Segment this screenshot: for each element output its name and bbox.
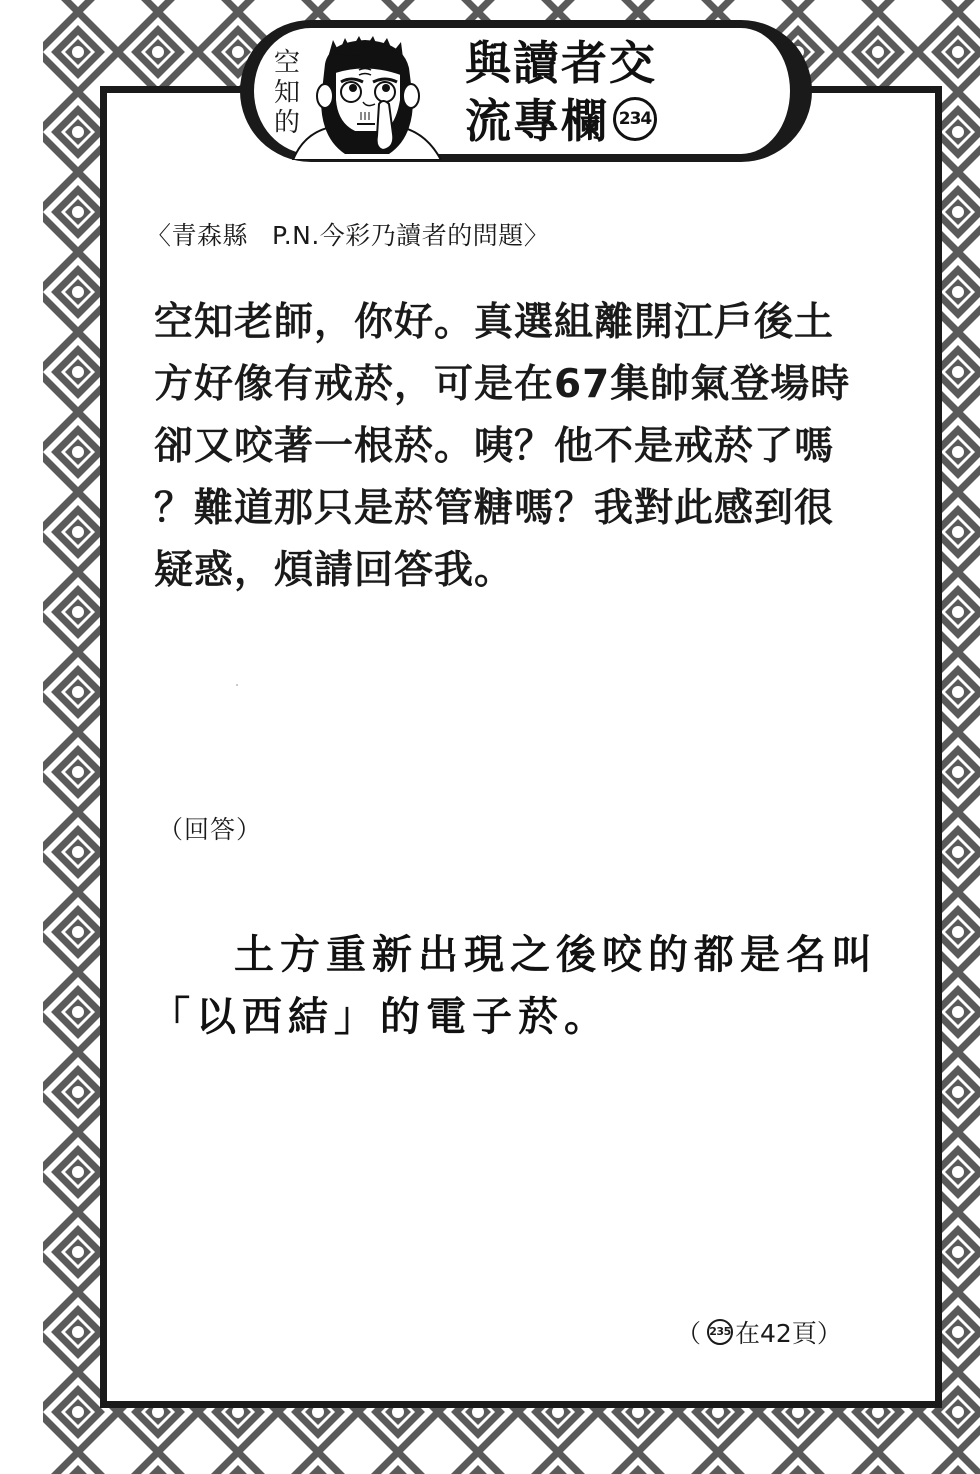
footnote-open: （	[676, 1319, 701, 1348]
answer-line: 土方重新出現之後咬的都是名叫	[150, 924, 900, 986]
footnote-text: 在42頁）	[735, 1319, 842, 1348]
manga-page: 空 知 的	[0, 0, 980, 1474]
question-source: 〈青森縣P.N.今彩乃讀者的問題〉	[146, 216, 549, 252]
reader-question: 空知老師，你好。真選組離開江戶後土 方好像有戒菸，可是在67集帥氣登場時 卻又咬…	[154, 292, 894, 602]
title-line-2-text: 流專欄	[465, 94, 609, 148]
title-line-2: 流專欄234	[465, 92, 725, 150]
source-prefecture: 〈青森縣	[146, 221, 248, 250]
answer-label: （回答）	[158, 810, 262, 846]
print-speck	[236, 684, 238, 686]
author-answer: 土方重新出現之後咬的都是名叫 「以西結」的電子菸。	[150, 924, 900, 1048]
next-issue-badge: 235	[707, 1319, 733, 1345]
question-line: 方好像有戒菸，可是在67集帥氣登場時	[154, 354, 894, 416]
next-column-note: （235在42頁）	[676, 1314, 842, 1350]
source-pen-name: P.N.今彩乃讀者的問題〉	[272, 221, 549, 250]
issue-number-badge: 234	[613, 97, 657, 141]
answer-line: 「以西結」的電子菸。	[150, 986, 900, 1048]
column-title: 與讀者交 流專欄234	[465, 34, 725, 150]
content-frame	[100, 86, 942, 1408]
question-line: 疑惑，煩請回答我。	[154, 540, 894, 602]
question-line: 卻又咬著一根菸。咦？他不是戒菸了嗎	[154, 416, 894, 478]
gorilla-author-portrait-icon	[285, 34, 445, 160]
question-line: 空知老師，你好。真選組離開江戶後土	[154, 292, 894, 354]
question-line: ？難道那只是菸管糖嗎？我對此感到很	[154, 478, 894, 540]
title-line-1: 與讀者交	[465, 34, 725, 92]
